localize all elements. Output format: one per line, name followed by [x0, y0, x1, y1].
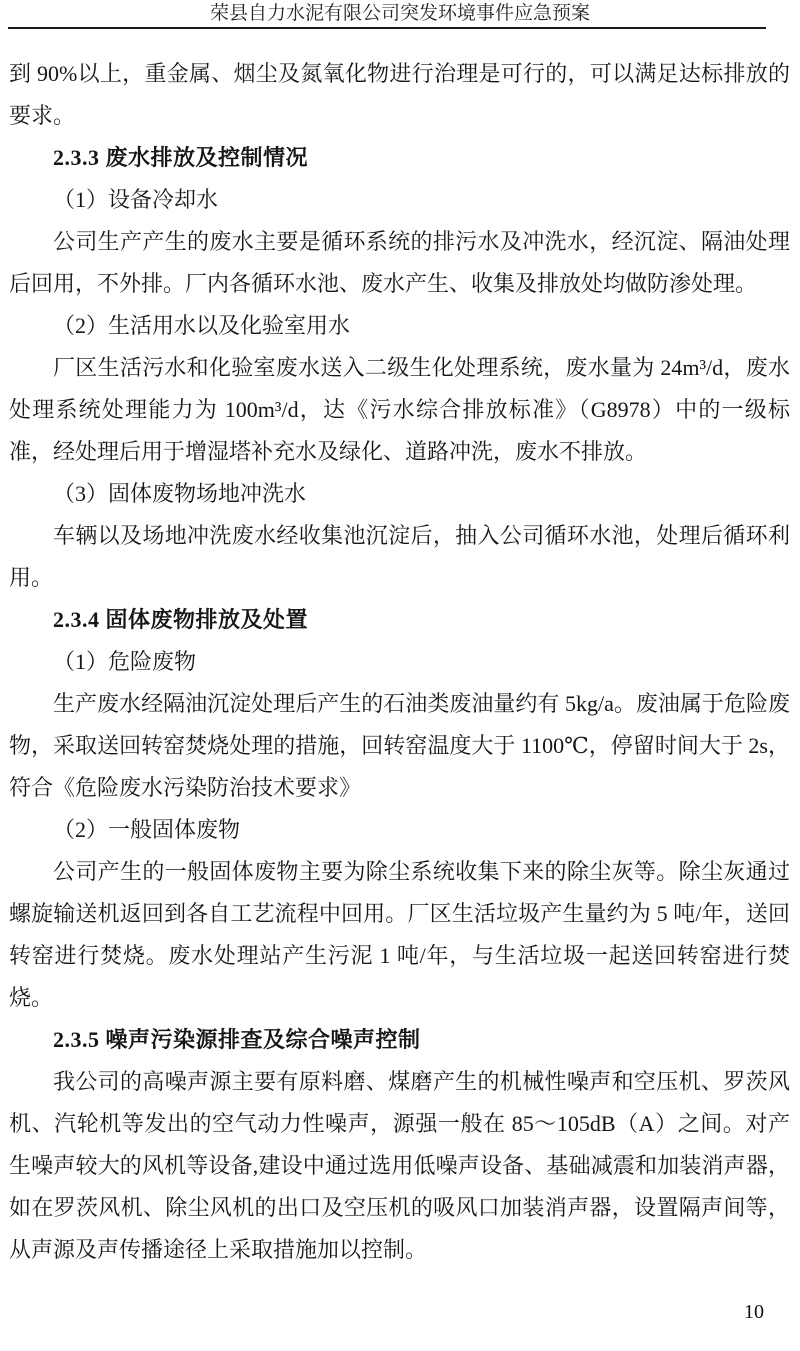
page-header: 荣县自力水泥有限公司突发环境事件应急预案: [0, 0, 800, 29]
page-number: 10: [744, 1301, 764, 1323]
paragraph-continued: 到 90%以上，重金属、烟尘及氮氧化物进行治理是可行的，可以满足达标排放的要求。: [9, 53, 790, 137]
page-footer: 10: [744, 1300, 764, 1324]
paragraph-domestic-lab-water-detail: 厂区生活污水和化验室废水送入二级生化处理系统，废水量为 24m³/d，废水处理系…: [9, 347, 790, 473]
paragraph-cooling-water-detail: 公司生产产生的废水主要是循环系统的排污水及冲洗水，经沉淀、隔油处理后回用，不外排…: [9, 221, 790, 305]
list-item-2-general-solid-waste: （2）一般固体废物: [9, 809, 790, 851]
list-item-1-hazardous-waste: （1）危险废物: [9, 641, 790, 683]
section-heading-2-3-5: 2.3.5 噪声污染源排查及综合噪声控制: [9, 1019, 790, 1061]
section-heading-2-3-4: 2.3.4 固体废物排放及处置: [9, 599, 790, 641]
document-page: 荣县自力水泥有限公司突发环境事件应急预案 到 90%以上，重金属、烟尘及氮氧化物…: [0, 0, 800, 1351]
paragraph-flushing-water-detail: 车辆以及场地冲洗废水经收集池沉淀后，抽入公司循环水池，处理后循环利用。: [9, 515, 790, 599]
list-item-3-solid-waste-flushing-water: （3）固体废物场地冲洗水: [9, 473, 790, 515]
paragraph-noise-control-detail: 我公司的高噪声源主要有原料磨、煤磨产生的机械性噪声和空压机、罗茨风机、汽轮机等发…: [9, 1061, 790, 1271]
header-title: 荣县自力水泥有限公司突发环境事件应急预案: [0, 3, 800, 25]
paragraph-general-solid-waste-detail: 公司产生的一般固体废物主要为除尘系统收集下来的除尘灰等。除尘灰通过螺旋输送机返回…: [9, 851, 790, 1019]
header-rule: [8, 27, 766, 29]
document-body: 到 90%以上，重金属、烟尘及氮氧化物进行治理是可行的，可以满足达标排放的要求。…: [0, 53, 800, 1271]
section-heading-2-3-3: 2.3.3 废水排放及控制情况: [9, 137, 790, 179]
paragraph-hazardous-waste-detail: 生产废水经隔油沉淀处理后产生的石油类废油量约有 5kg/a。废油属于危险废物，采…: [9, 683, 790, 809]
list-item-1-equipment-cooling-water: （1）设备冷却水: [9, 179, 790, 221]
list-item-2-domestic-lab-water: （2）生活用水以及化验室用水: [9, 305, 790, 347]
